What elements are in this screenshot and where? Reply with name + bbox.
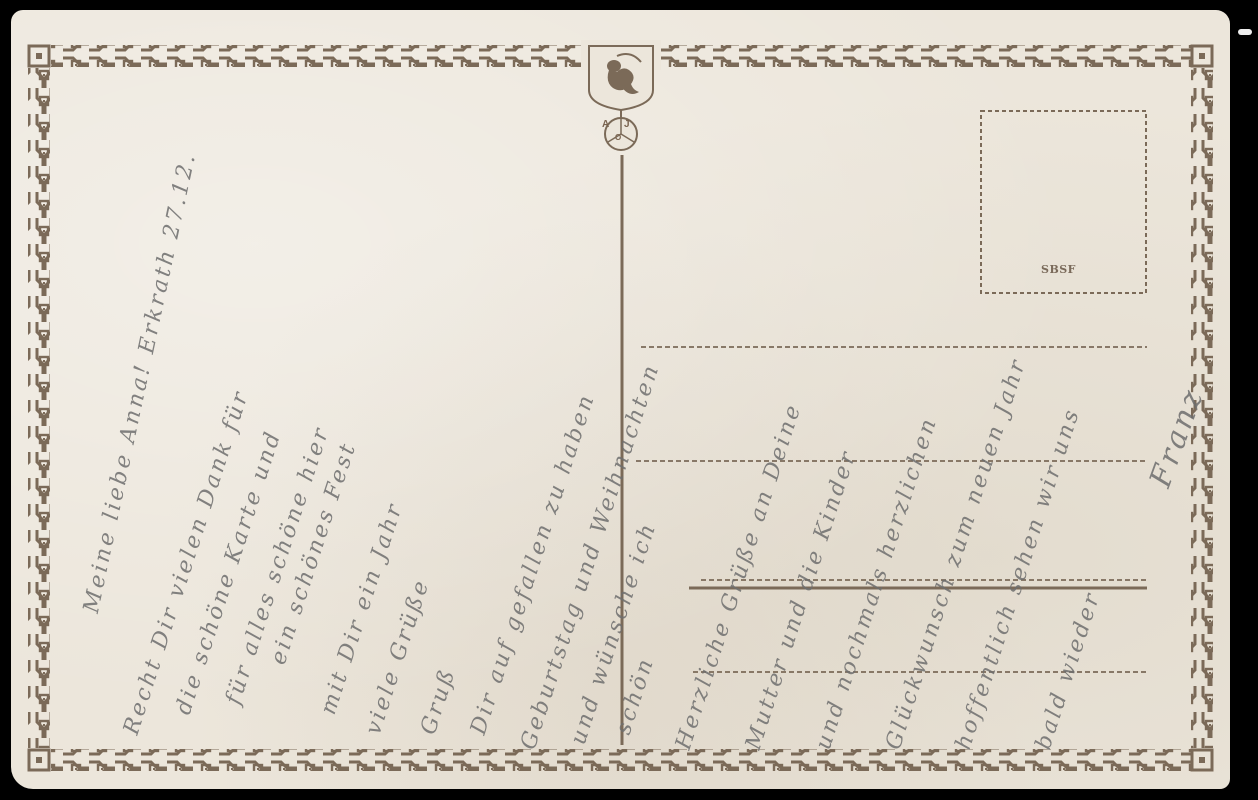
stamp-box-label: SBSF — [1041, 263, 1076, 276]
monogram-letter-o: O — [615, 133, 621, 142]
monogram-letter-j: J — [624, 119, 630, 130]
postcard-back: A J O SBSF Meine liebe Anna! Erkrath 27.… — [11, 10, 1230, 789]
monogram-letter-a: A — [602, 119, 609, 130]
card-edge-tab — [1238, 29, 1252, 35]
